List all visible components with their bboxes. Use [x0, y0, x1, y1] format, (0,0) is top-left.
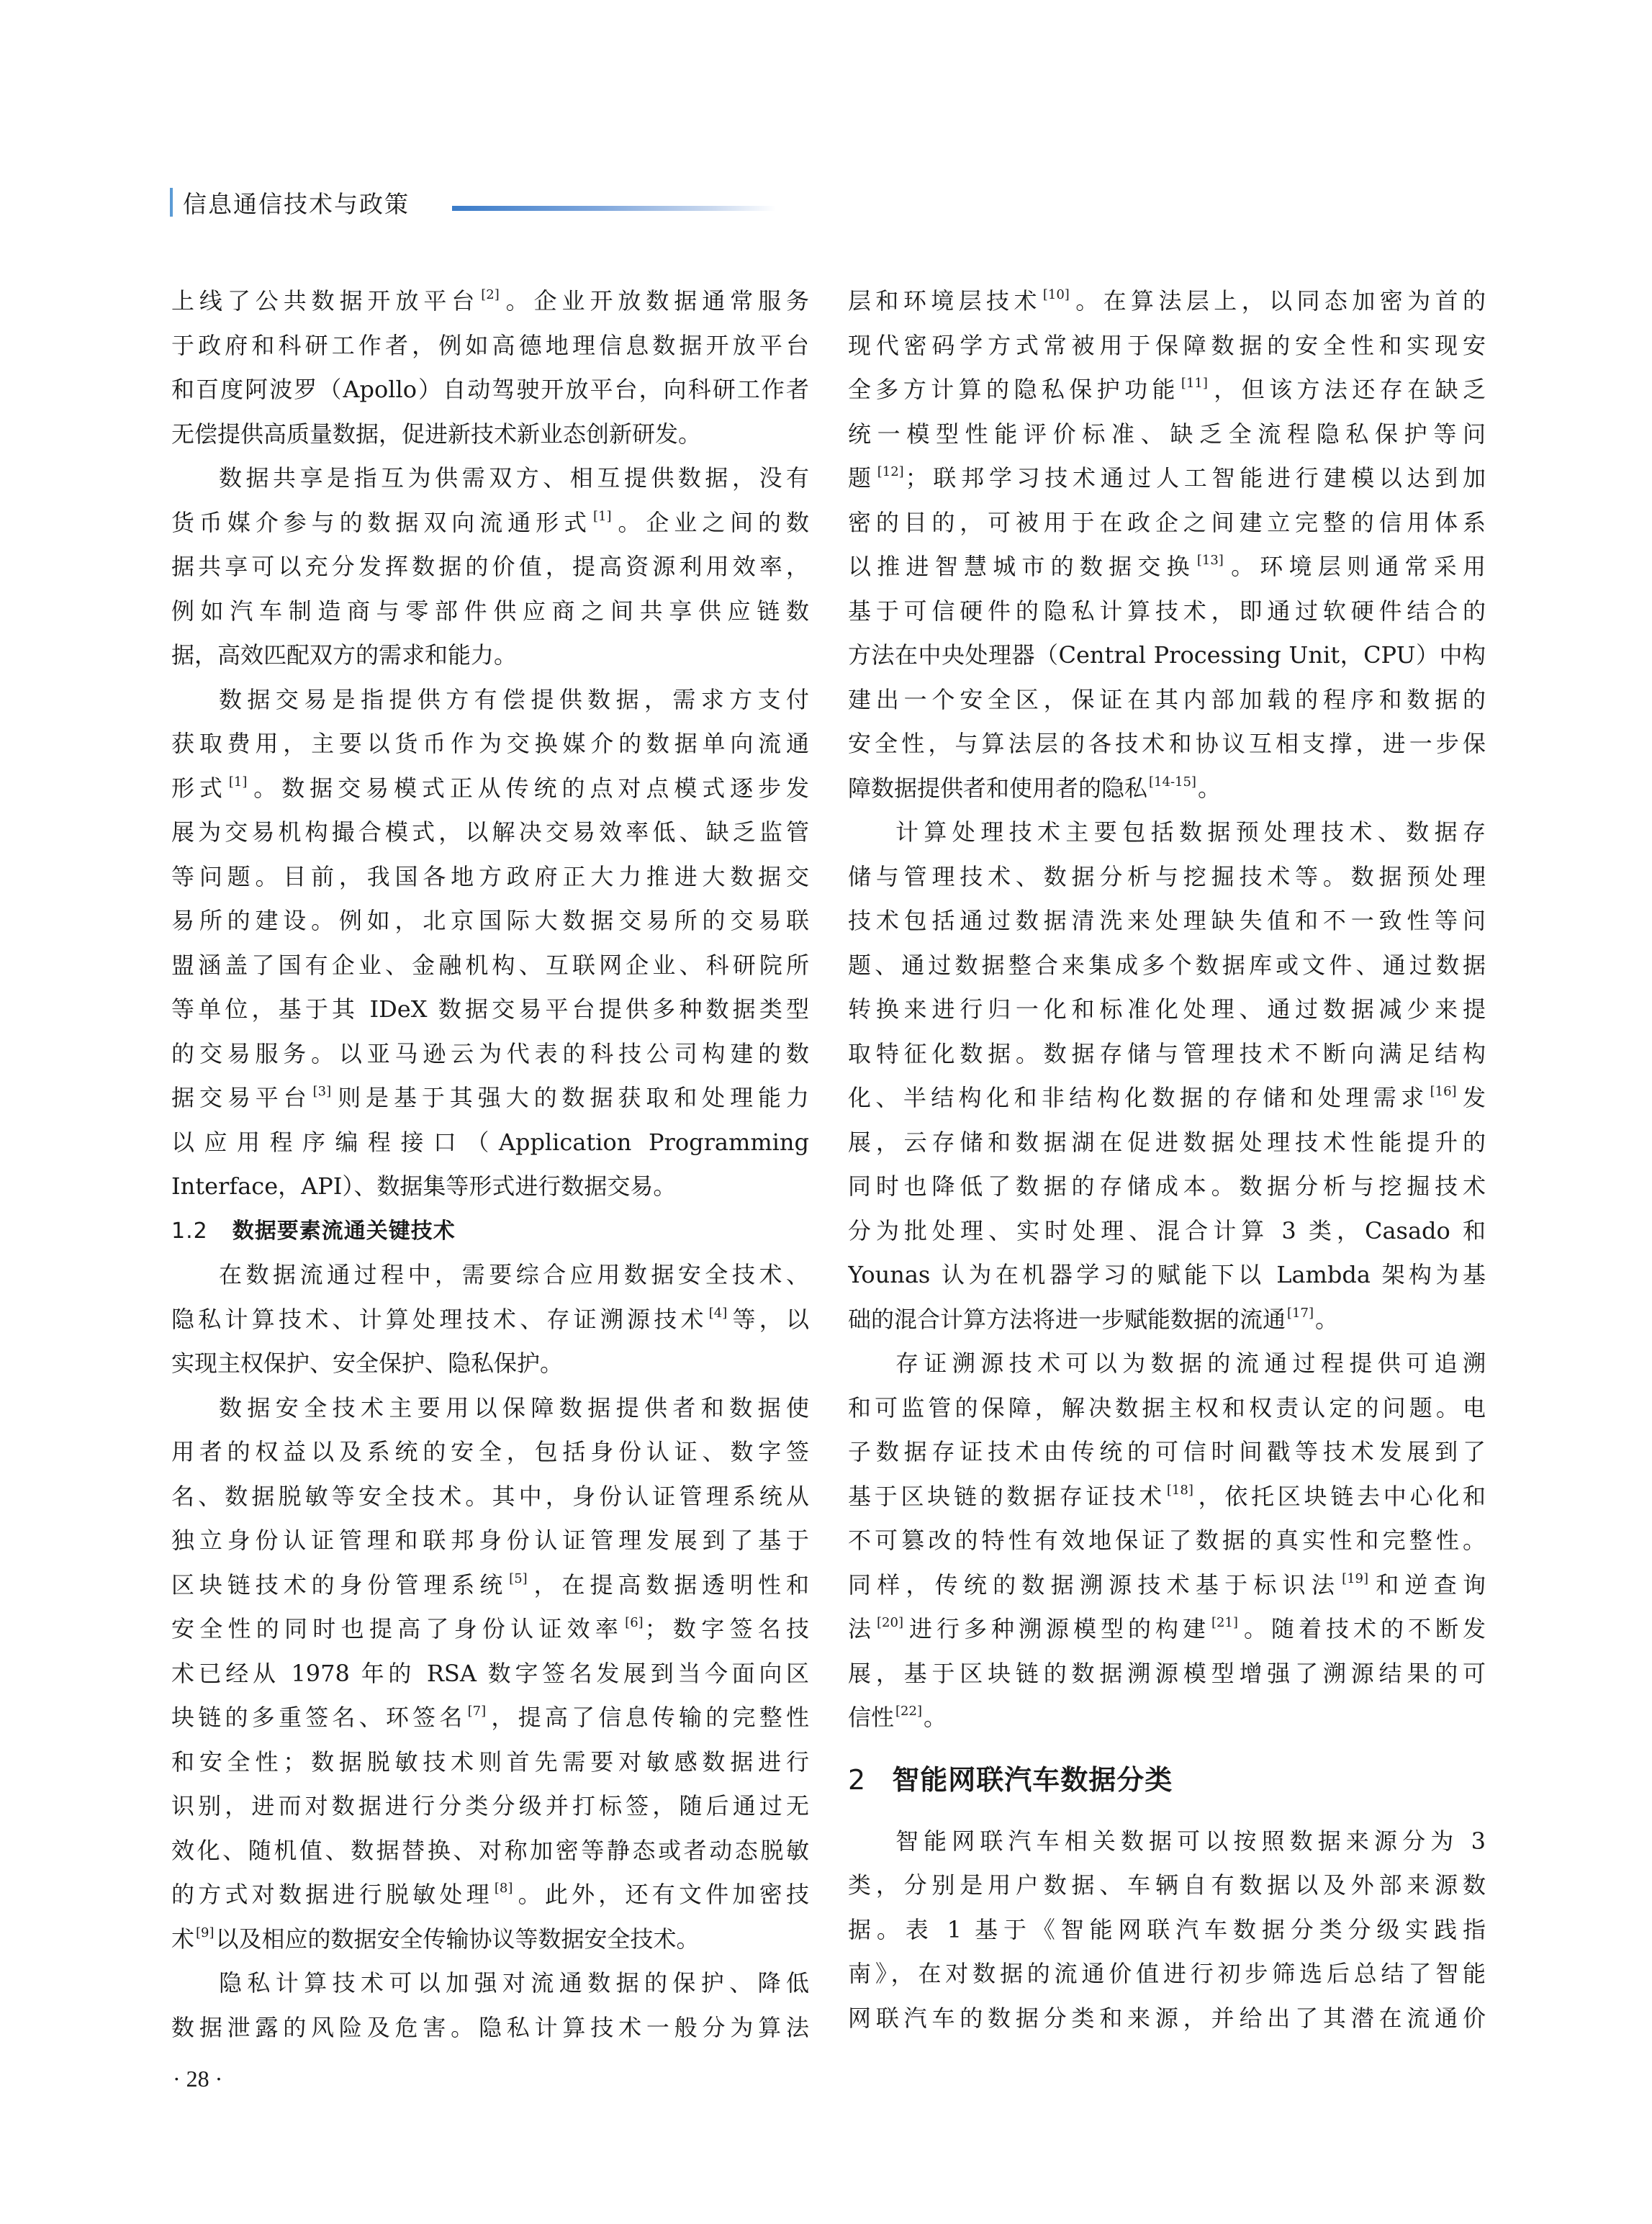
- section-number: 1.2: [171, 1219, 208, 1244]
- text-line: 信性[22]。: [848, 1696, 1486, 1740]
- text-line: 技术包括通过数据清洗来处理缺失值和不一致性等问: [848, 899, 1486, 944]
- paragraph-data-trading: 数据交易是指提供方有偿提供数据，需求方支付 获取费用，主要以货币作为交换媒介的数…: [171, 678, 809, 1209]
- right-column: 层和环境层技术[10]。在算法层上，以同态加密为首的 现代密码学方式常被用于保障…: [848, 279, 1486, 2040]
- text-line: 安全性的同时也提高了身份认证效率[6]；数字签名技: [171, 1607, 809, 1652]
- text-line: 术[9]以及相应的数据安全传输协议等数据安全技术。: [171, 1917, 809, 1962]
- text-line: 统一模型性能评价标准、缺乏全流程隐私保护等问: [848, 412, 1486, 457]
- text-line: 同样，传统的数据溯源技术基于标识法[19]和逆查询: [848, 1563, 1486, 1608]
- text-line: 智能网联汽车相关数据可以按照数据来源分为 3: [848, 1820, 1486, 1864]
- text-line: 的交易服务。以亚马逊云为代表的科技公司构建的数: [171, 1032, 809, 1077]
- text-line: 据，高效匹配双方的需求和能力。: [171, 633, 809, 678]
- citation[interactable]: [12]: [877, 464, 904, 479]
- citation[interactable]: [10]: [1043, 287, 1070, 302]
- text-line: 分为批处理、实时处理、混合计算 3 类，Casado 和: [848, 1209, 1486, 1254]
- section-heading-2: 2智能网联汽车数据分类: [848, 1740, 1486, 1820]
- text-line: 安全性，与算法层的各技术和协议互相支撑，进一步保: [848, 722, 1486, 767]
- text-line: 和百度阿波罗（Apollo）自动驾驶开放平台，向科研工作者: [171, 368, 809, 412]
- running-header: 信息通信技术与政策: [170, 186, 410, 219]
- section-title: 数据要素流通关键技术: [233, 1219, 456, 1244]
- text-line: 密的目的，可被用于在政企之间建立完整的信用体系: [848, 501, 1486, 546]
- text-line: 子数据存证技术由传统的可信时间戳等技术发展到了: [848, 1430, 1486, 1475]
- header-gradient-rule: [452, 206, 776, 211]
- text-line: 例如汽车制造商与零部件供应商之间共享供应链数: [171, 589, 809, 634]
- text-line: 术已经从 1978 年的 RSA 数字签名发展到当今面向区: [171, 1652, 809, 1696]
- text-line: 转换来进行归一化和标准化处理、通过数据减少来提: [848, 987, 1486, 1032]
- text-line: 货币媒介参与的数据双向流通形式[1]。企业之间的数: [171, 501, 809, 546]
- text-line: 题、通过数据整合来集成多个数据库或文件、通过数据: [848, 944, 1486, 988]
- text-line: 效化、随机值、数据替换、对称加密等静态或者动态脱敏: [171, 1829, 809, 1873]
- text-line: 层和环境层技术[10]。在算法层上，以同态加密为首的: [848, 279, 1486, 324]
- text-line: 现代密码学方式常被用于保障数据的安全性和实现安: [848, 324, 1486, 369]
- text-line: 数据交易是指提供方有偿提供数据，需求方支付: [171, 678, 809, 723]
- text-line: 和可监管的保障，解决数据主权和权责认定的问题。电: [848, 1386, 1486, 1431]
- section-number: 2: [848, 1764, 866, 1796]
- text-line: 建出一个安全区，保证在其内部加载的程序和数据的: [848, 678, 1486, 723]
- page-number: · 28 ·: [173, 2066, 222, 2092]
- text-line: 形式[1]。数据交易模式正从传统的点对点模式逐步发: [171, 767, 809, 811]
- text-line: 展为交易机构撮合模式，以解决交易效率低、缺乏监管: [171, 810, 809, 855]
- text-line: 获取费用，主要以货币作为交换媒介的数据单向流通: [171, 722, 809, 767]
- text-line: 取特征化数据。数据存储与管理技术不断向满足结构: [848, 1032, 1486, 1077]
- text-line: 全多方计算的隐私保护功能[11]，但该方法还存在缺乏: [848, 368, 1486, 412]
- citation[interactable]: [11]: [1181, 376, 1208, 391]
- citation[interactable]: [17]: [1287, 1306, 1314, 1321]
- citation[interactable]: [18]: [1167, 1483, 1193, 1498]
- text-line: 方法在中央处理器（Central Processing Unit，CPU）中构: [848, 633, 1486, 678]
- citation[interactable]: [3]: [313, 1084, 332, 1099]
- text-line: 等问题。目前，我国各地方政府正大力推进大数据交: [171, 855, 809, 900]
- text-line: 展，云存储和数据湖在促进数据处理技术性能提升的: [848, 1121, 1486, 1165]
- citation[interactable]: [1]: [593, 509, 612, 524]
- paragraph-key-technologies: 在数据流通过程中，需要综合应用数据安全技术、 隐私计算技术、计算处理技术、存证溯…: [171, 1253, 809, 1386]
- text-line: 用者的权益以及系统的安全，包括身份认证、数字签: [171, 1430, 809, 1475]
- text-line: 化、半结构化和非结构化数据的存储和处理需求[16]发: [848, 1076, 1486, 1121]
- text-line: 的方式对数据进行脱敏处理[8]。此外，还有文件加密技: [171, 1873, 809, 1917]
- citation[interactable]: [19]: [1342, 1571, 1368, 1586]
- citation[interactable]: [13]: [1197, 553, 1224, 568]
- citation[interactable]: [1]: [229, 774, 248, 790]
- text-line: 隐私计算技术、计算处理技术、存证溯源技术[4]等，以: [171, 1298, 809, 1342]
- text-line: 据。表 1 基于《智能网联汽车数据分类分级实践指: [848, 1908, 1486, 1953]
- text-line: 法[20]进行多种溯源模型的构建[21]。随着技术的不断发: [848, 1607, 1486, 1652]
- text-line: 于政府和科研工作者，例如高德地理信息数据开放平台: [171, 324, 809, 369]
- text-line: 网联汽车的数据分类和来源，并给出了其潜在流通价: [848, 1997, 1486, 2041]
- citation[interactable]: [7]: [468, 1704, 487, 1719]
- text-line: 无偿提供高质量数据，促进新技术新业态创新研发。: [171, 412, 809, 457]
- paragraph-provenance: 存证溯源技术可以为数据的流通过程提供可追溯 和可监管的保障，解决数据主权和权责认…: [848, 1342, 1486, 1740]
- text-line: 易所的建设。例如，北京国际大数据交易所的交易联: [171, 899, 809, 944]
- text-line: 存证溯源技术可以为数据的流通过程提供可追溯: [848, 1342, 1486, 1386]
- text-line: 展，基于区块链的数据溯源模型增强了溯源结果的可: [848, 1652, 1486, 1696]
- text-line: 数据泄露的风险及危害。隐私计算技术一般分为算法: [171, 2006, 809, 2051]
- text-line: 独立身份认证管理和联邦身份认证管理发展到了基于: [171, 1519, 809, 1563]
- text-line: Interface，API）、数据集等形式进行数据交易。: [171, 1165, 809, 1209]
- section-title: 智能网联汽车数据分类: [892, 1764, 1173, 1796]
- citation[interactable]: [4]: [709, 1306, 728, 1321]
- citation[interactable]: [16]: [1430, 1084, 1457, 1099]
- text-line: 以推进智慧城市的数据交换[13]。环境层则通常采用: [848, 545, 1486, 589]
- text-line: 以应用程序编程接口（Application Programming: [171, 1121, 809, 1165]
- paragraph-data-security: 数据安全技术主要用以保障数据提供者和数据使 用者的权益以及系统的安全，包括身份认…: [171, 1386, 809, 1962]
- text-line: 在数据流通过程中，需要综合应用数据安全技术、: [171, 1253, 809, 1298]
- text-line: 和安全性；数据脱敏技术则首先需要对敏感数据进行: [171, 1740, 809, 1785]
- text-line: 障数据提供者和使用者的隐私[14-15]。: [848, 767, 1486, 811]
- text-line: 计算处理技术主要包括数据预处理技术、数据存: [848, 810, 1486, 855]
- citation[interactable]: [21]: [1211, 1615, 1238, 1630]
- paragraph-open-platforms: 上线了公共数据开放平台[2]。企业开放数据通常服务 于政府和科研工作者，例如高德…: [171, 279, 809, 456]
- text-line: 基于区块链的数据存证技术[18]，依托区块链去中心化和: [848, 1475, 1486, 1519]
- text-line: 上线了公共数据开放平台[2]。企业开放数据通常服务: [171, 279, 809, 324]
- paragraph-data-sharing: 数据共享是指互为供需双方、相互提供数据，没有 货币媒介参与的数据双向流通形式[1…: [171, 456, 809, 678]
- text-line: 名、数据脱敏等安全技术。其中，身份认证管理系统从: [171, 1475, 809, 1519]
- citation[interactable]: [9]: [196, 1925, 215, 1940]
- text-line: 据共享可以充分发挥数据的价值，提高资源利用效率，: [171, 545, 809, 589]
- citation[interactable]: [14-15]: [1149, 774, 1196, 790]
- text-line: 识别，进而对数据进行分类分级并打标签，随后通过无: [171, 1784, 809, 1829]
- text-line: 区块链技术的身份管理系统[5]，在提高数据透明性和: [171, 1563, 809, 1608]
- text-line: 等单位，基于其 IDeX 数据交易平台提供多种数据类型: [171, 987, 809, 1032]
- text-line: 础的混合计算方法将进一步赋能数据的流通[17]。: [848, 1298, 1486, 1342]
- text-line: 南》，在对数据的流通价值进行初步筛选后总结了智能: [848, 1952, 1486, 1997]
- journal-title: 信息通信技术与政策: [183, 186, 410, 220]
- text-line: 数据安全技术主要用以保障数据提供者和数据使: [171, 1386, 809, 1431]
- text-line: 数据共享是指互为供需双方、相互提供数据，没有: [171, 456, 809, 501]
- section-heading-1-2: 1.2数据要素流通关键技术: [171, 1209, 809, 1254]
- text-line: Younas 认为在机器学习的赋能下以 Lambda 架构为基: [848, 1253, 1486, 1298]
- paragraph-algorithm-environment-layers: 层和环境层技术[10]。在算法层上，以同态加密为首的 现代密码学方式常被用于保障…: [848, 279, 1486, 810]
- left-column: 上线了公共数据开放平台[2]。企业开放数据通常服务 于政府和科研工作者，例如高德…: [171, 279, 809, 2050]
- text-line: 不可篡改的特性有效地保证了数据的真实性和完整性。: [848, 1519, 1486, 1563]
- text-line: 盟涵盖了国有企业、金融机构、互联网企业、科研院所: [171, 944, 809, 988]
- text-line: 基于可信硬件的隐私计算技术，即通过软硬件结合的: [848, 589, 1486, 634]
- text-line: 题[12]；联邦学习技术通过人工智能进行建模以达到加: [848, 456, 1486, 501]
- citation[interactable]: [5]: [509, 1571, 528, 1586]
- citation[interactable]: [8]: [495, 1881, 513, 1896]
- citation[interactable]: [6]: [625, 1615, 644, 1630]
- text-line: 隐私计算技术可以加强对流通数据的保护、降低: [171, 1961, 809, 2006]
- text-line: 块链的多重签名、环签名[7]，提高了信息传输的完整性: [171, 1696, 809, 1740]
- paragraph-computing-processing: 计算处理技术主要包括数据预处理技术、数据存 储与管理技术、数据分析与挖掘技术等。…: [848, 810, 1486, 1342]
- text-line: 实现主权保护、安全保护、隐私保护。: [171, 1342, 809, 1386]
- paragraph-icv-data-classification: 智能网联汽车相关数据可以按照数据来源分为 3 类，分别是用户数据、车辆自有数据以…: [848, 1820, 1486, 2041]
- citation[interactable]: [2]: [481, 287, 500, 302]
- citation[interactable]: [22]: [895, 1704, 922, 1719]
- text-line: 同时也降低了数据的存储成本。数据分析与挖掘技术: [848, 1165, 1486, 1209]
- paragraph-privacy-computing: 隐私计算技术可以加强对流通数据的保护、降低 数据泄露的风险及危害。隐私计算技术一…: [171, 1961, 809, 2050]
- text-line: 类，分别是用户数据、车辆自有数据以及外部来源数: [848, 1863, 1486, 1908]
- text-line: 据交易平台[3]则是基于其强大的数据获取和处理能力: [171, 1076, 809, 1121]
- text-line: 储与管理技术、数据分析与挖掘技术等。数据预处理: [848, 855, 1486, 900]
- header-accent-bar: [170, 188, 173, 217]
- citation[interactable]: [20]: [877, 1615, 903, 1630]
